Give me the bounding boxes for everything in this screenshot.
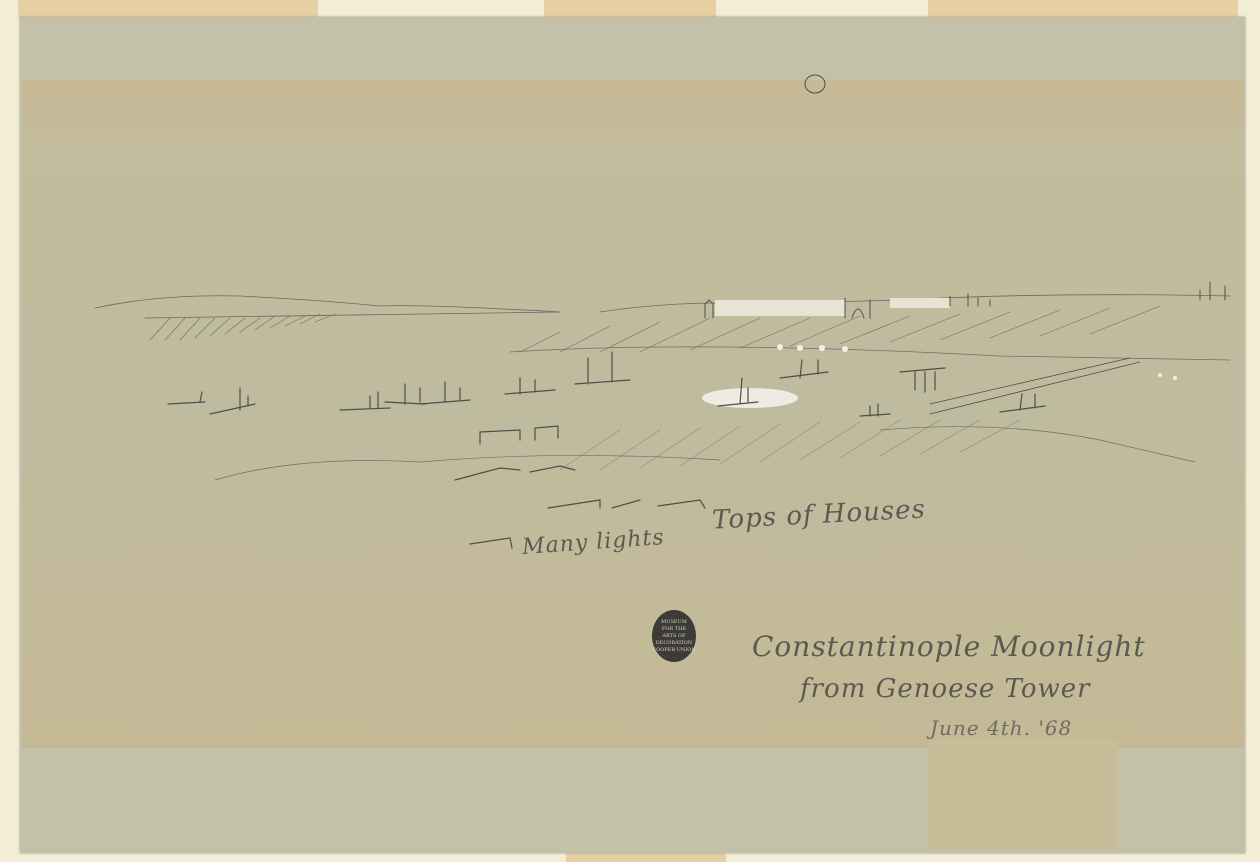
annotation-date: June 4th. '68 xyxy=(930,716,1072,740)
stamp-line-5: COOPER UNION xyxy=(652,647,696,654)
stamp-line-1: MUSEUM xyxy=(652,619,696,626)
stamp-line-2: FOR THE xyxy=(652,626,696,633)
stamp-line-4: DECORATION xyxy=(652,640,696,647)
annotation-title-line1: Constantinople Moonlight xyxy=(752,630,1146,663)
annotation-title-line2: from Genoese Tower xyxy=(800,674,1091,704)
museum-stamp: MUSEUM FOR THE ARTS OF DECORATION COOPER… xyxy=(652,610,696,662)
stamp-line-3: ARTS OF xyxy=(652,633,696,640)
